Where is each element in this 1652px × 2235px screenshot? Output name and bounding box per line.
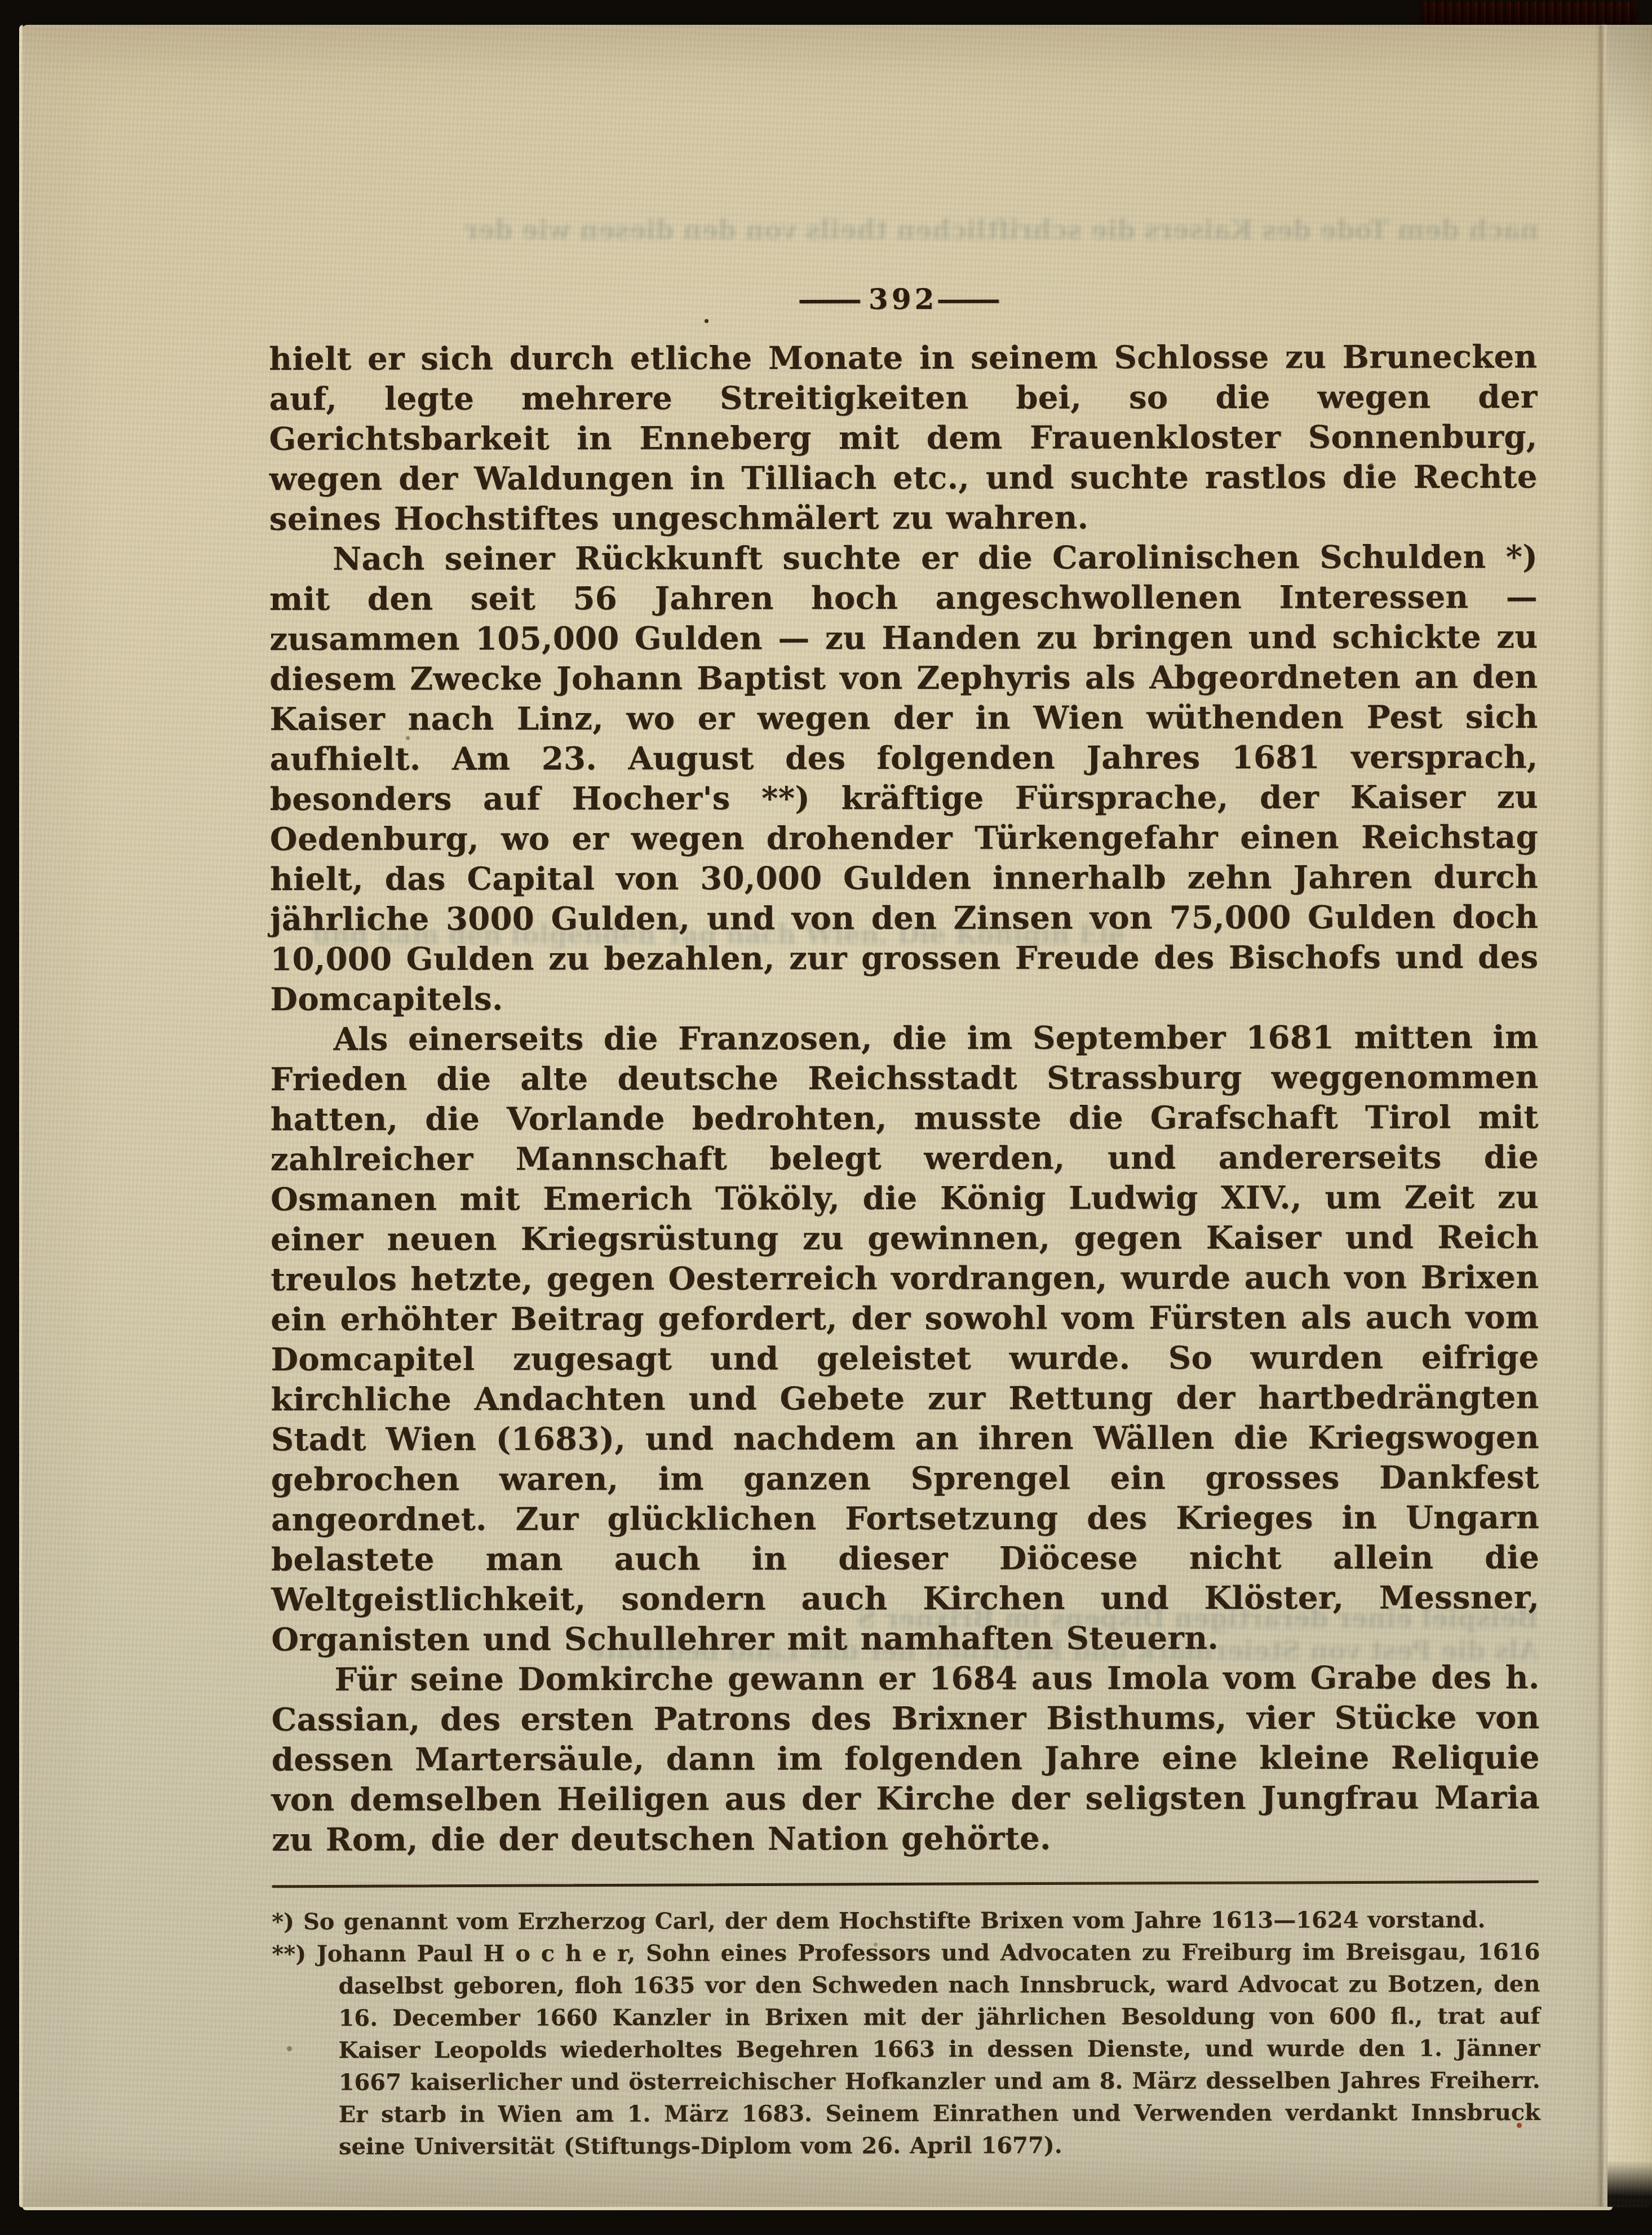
footnote-marker: *) <box>272 1909 294 1935</box>
text-block: —392— hielt er sich durch etliche Monate… <box>269 278 1540 2163</box>
page-number: 392 <box>869 282 937 316</box>
footnote-text: So genannt vom Erzherzog Carl, der dem H… <box>303 1906 1485 1935</box>
header-dash-left: — <box>796 280 872 319</box>
footnote-separator-rule <box>272 1880 1539 1888</box>
book-page: nach dem Tode des Kaisers die schriftlic… <box>19 25 1652 2207</box>
paragraph: Nach seiner Rückkunft suchte er die Caro… <box>269 537 1538 1020</box>
paragraph: hielt er sich durch etliche Monate in se… <box>269 337 1538 539</box>
page-bottom-edge <box>23 2207 1613 2210</box>
page-header: —392— <box>269 278 1537 320</box>
paragraph: Für seine Domkirche gewann er 1684 aus I… <box>271 1658 1540 1860</box>
footnote: **) Johann Paul H o c h e r, Sohn eines … <box>272 1936 1540 2163</box>
footnote-text: Johann Paul H o c h e r, Sohn eines Prof… <box>317 1939 1540 2160</box>
body-text: hielt er sich durch etliche Monate in se… <box>269 337 1540 1860</box>
header-dash-right: — <box>934 280 1011 319</box>
footnotes: *) So genannt vom Erzherzog Carl, der de… <box>272 1904 1540 2163</box>
page-fold-crease <box>1597 25 1606 2207</box>
footnote-marker: **) <box>272 1941 306 1967</box>
paragraph: Als einerseits die Franzosen, die im Sep… <box>270 1017 1539 1660</box>
bleedthrough-line: nach dem Tode des Kaisers die schriftlic… <box>271 214 1539 246</box>
page-edge-shadow <box>1607 2145 1652 2207</box>
paper-specks <box>705 319 708 323</box>
footnote: *) So genannt vom Erzherzog Carl, der de… <box>272 1904 1540 1938</box>
adjacent-page-edge <box>1607 25 1652 2207</box>
scanned-book-photo: { "document": { "page_number": "392", "h… <box>0 0 1652 2235</box>
